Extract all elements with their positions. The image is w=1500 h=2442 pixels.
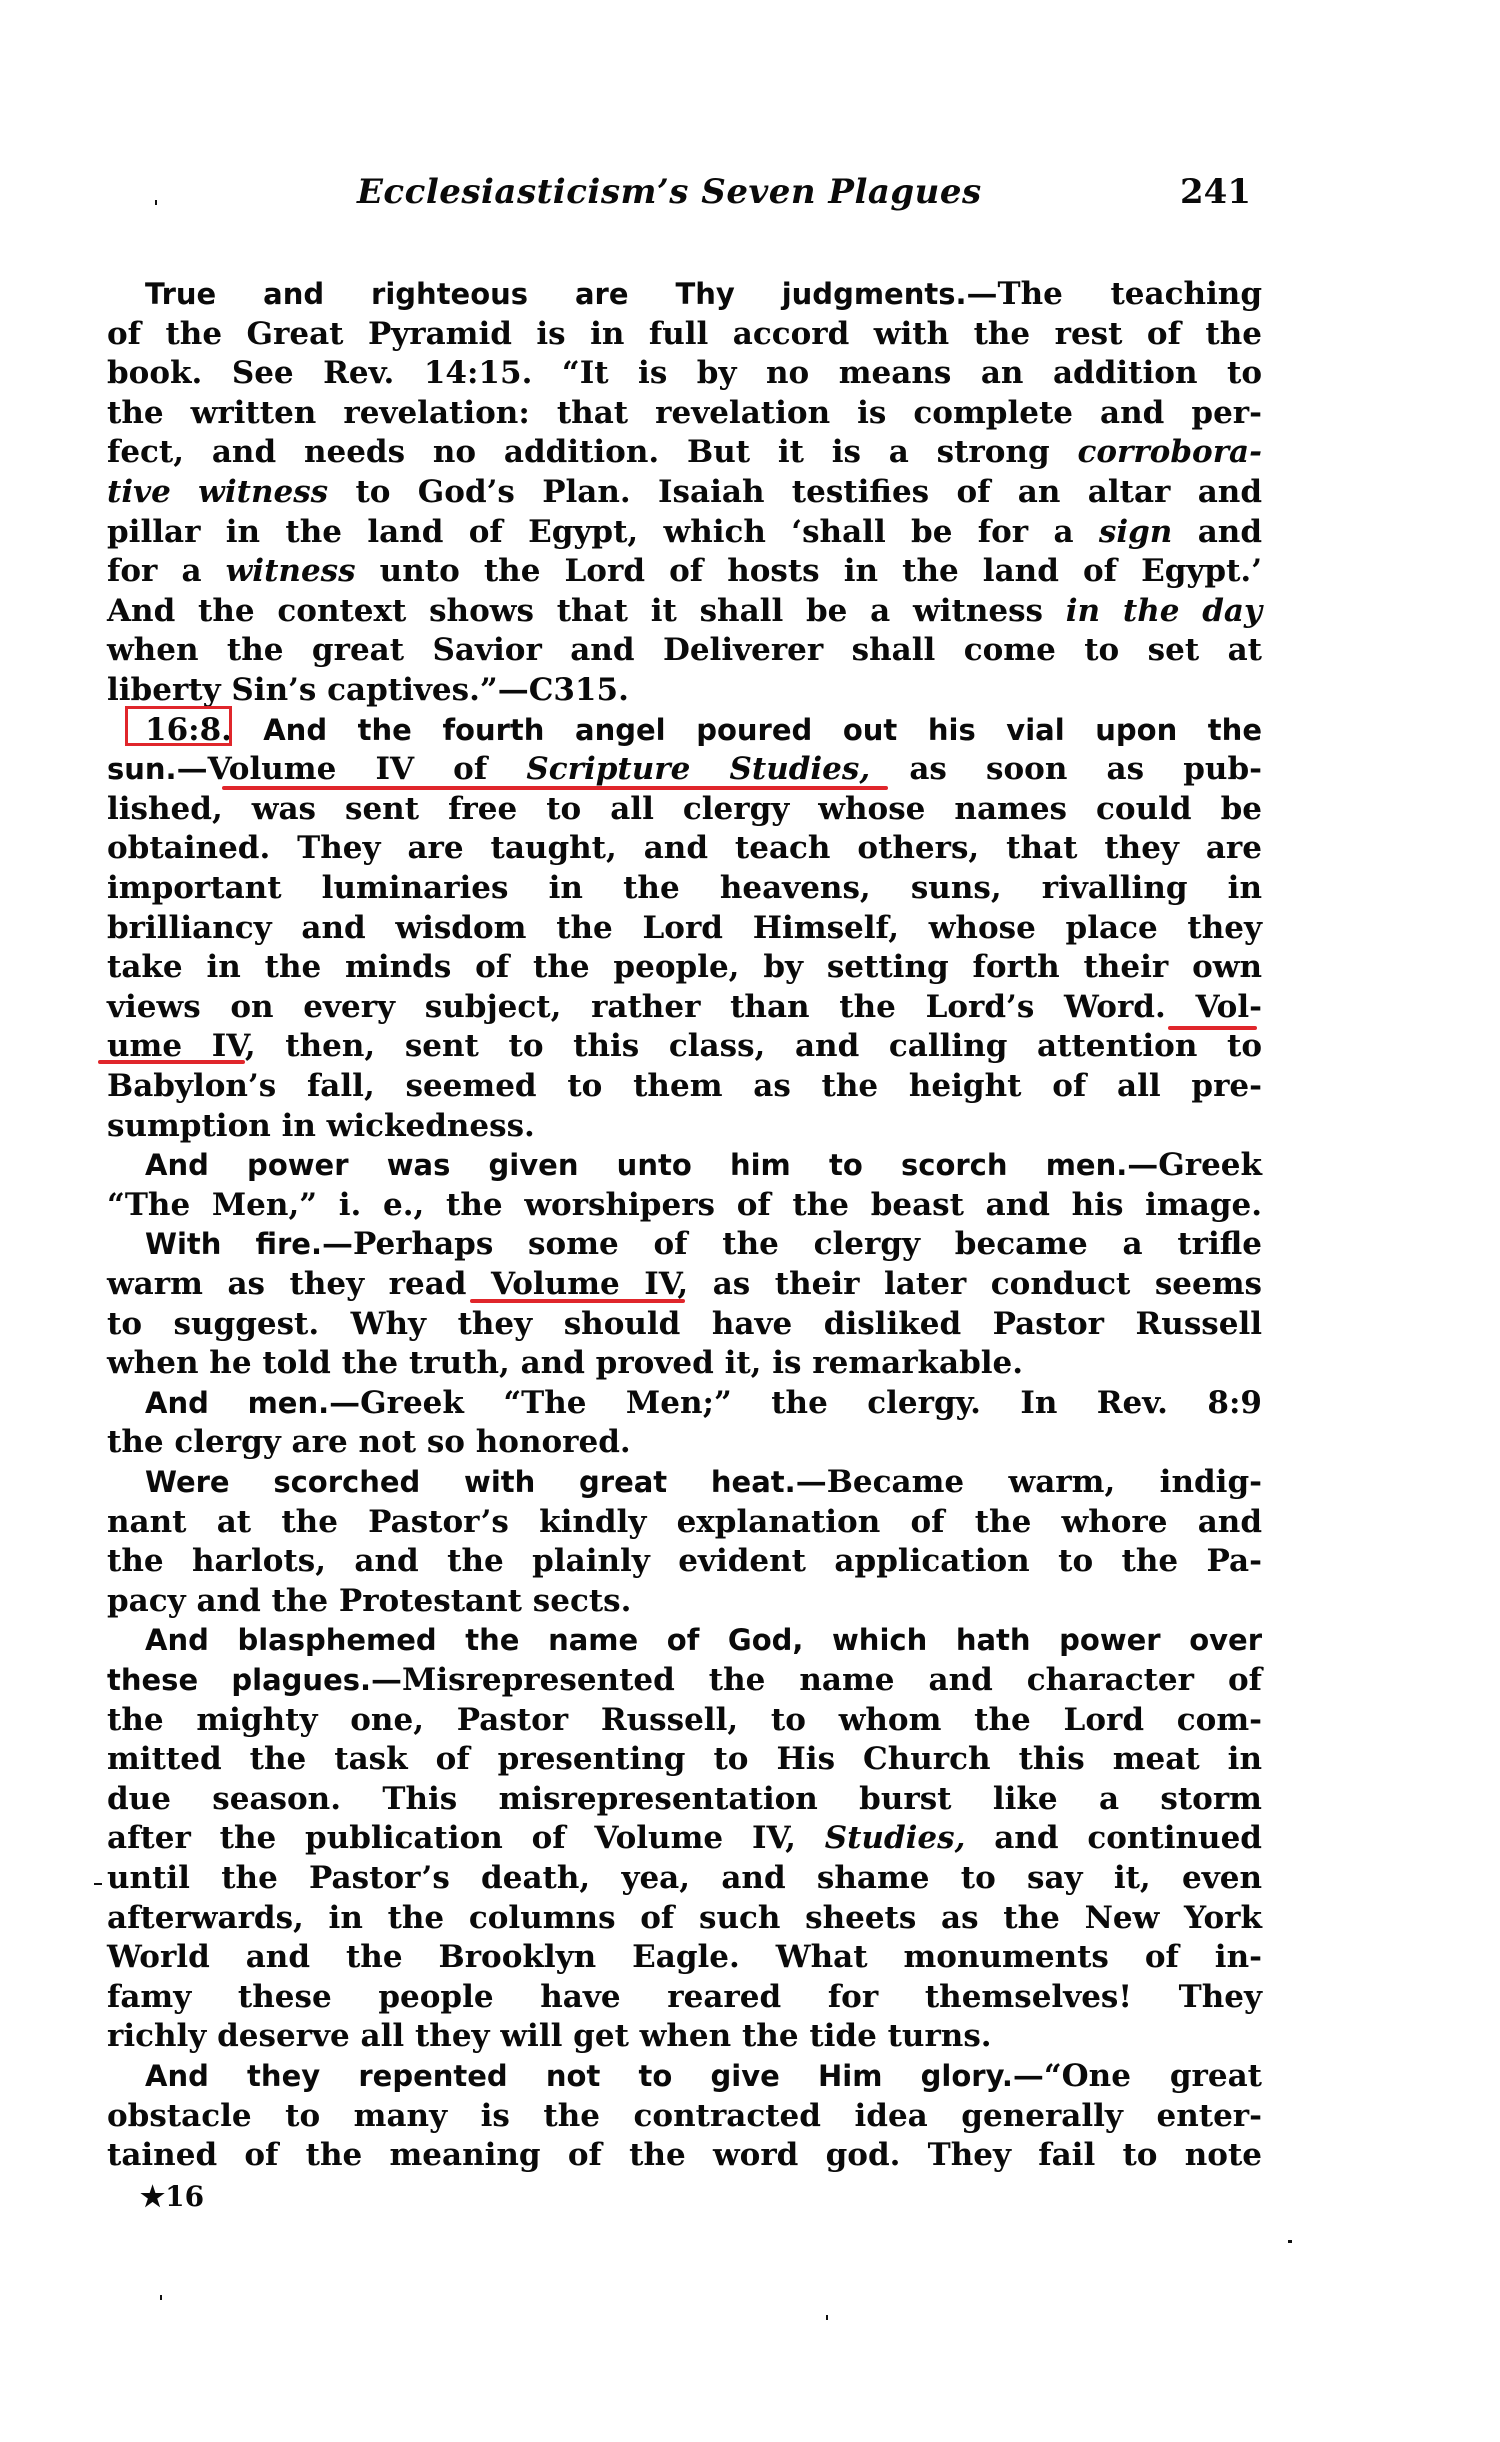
italic-text: witness — [226, 553, 356, 589]
text-line: sun.—Volume IV of Scripture Studies, as … — [107, 749, 1262, 789]
text-run: —Became warm, indig- — [796, 1464, 1262, 1500]
verse-lead-text: And the fourth angel poured out his vial… — [263, 713, 1262, 747]
text-run: as soon as pub- — [870, 751, 1262, 787]
text-run: of the Great Pyramid is in full accord w… — [107, 316, 1262, 352]
text-line: Were scorched with great heat.—Became wa… — [107, 1462, 1262, 1502]
text-run: when the great Savior and Deliverer shal… — [107, 632, 1262, 668]
text-run: the clergy are not so honored. — [107, 1424, 631, 1460]
text-run: for a — [107, 553, 226, 589]
text-run: —Misrepresented the name and character o… — [371, 1662, 1262, 1698]
signature-mark: ★16 — [140, 2180, 204, 2213]
text-run: book. See Rev. 14:15. “It is by no means… — [107, 355, 1262, 391]
text-line: obtained. They are taught, and teach oth… — [107, 828, 1262, 868]
text-line: Babylon’s fall, seemed to them as the he… — [107, 1066, 1262, 1106]
text-line: to suggest. Why they should have dislike… — [107, 1304, 1262, 1344]
text-run: ume IV, then, sent to this class, and ca… — [107, 1028, 1262, 1064]
italic-text: Studies, — [825, 1820, 966, 1856]
text-run: —Volume IV of — [177, 751, 527, 787]
text-line: mitted the task of presenting to His Chu… — [107, 1739, 1262, 1779]
text-run: to suggest. Why they should have dislike… — [107, 1306, 1262, 1342]
text-run: important luminaries in the heavens, sun… — [107, 870, 1262, 906]
text-run: due season. This misrepresentation burst… — [107, 1781, 1262, 1817]
scan-speck — [94, 1883, 102, 1885]
text-run: nant at the Pastor’s kindly explanation … — [107, 1504, 1262, 1540]
text-line: these plagues.—Misrepresented the name a… — [107, 1660, 1262, 1700]
text-run: famy these people have reared for themse… — [107, 1979, 1262, 2015]
text-run: “The Men,” i. e., the worshipers of the … — [107, 1187, 1262, 1223]
verse-lead-text: Were scorched with great heat. — [145, 1465, 796, 1499]
text-line: warm as they read Volume IV, as their la… — [107, 1264, 1262, 1304]
text-run: views on every subject, rather than the … — [107, 989, 1262, 1025]
text-run: when he told the truth, and proved it, i… — [107, 1345, 1023, 1381]
text-line: World and the Brooklyn Eagle. What monum… — [107, 1937, 1262, 1977]
text-line: book. See Rev. 14:15. “It is by no means… — [107, 353, 1262, 393]
text-line: tained of the meaning of the word god. T… — [107, 2135, 1262, 2175]
text-run: fect, and needs no addition. But it is a… — [107, 434, 1077, 470]
text-run: —Greek — [1127, 1147, 1262, 1183]
verse-lead-text: And they repented not to give Him glory. — [145, 2059, 1013, 2093]
text-line: due season. This misrepresentation burst… — [107, 1779, 1262, 1819]
text-line: obstacle to many is the contracted idea … — [107, 2096, 1262, 2136]
text-run: —Perhaps some of the clergy became a tri… — [322, 1226, 1262, 1262]
text-run: to God’s Plan. Isaiah testifies of an al… — [328, 474, 1262, 510]
italic-text: tive witness — [107, 474, 328, 510]
scan-speck — [826, 2315, 828, 2320]
text-line: brilliancy and wisdom the Lord Himself, … — [107, 908, 1262, 948]
text-run: until the Pastor’s death, yea, and shame… — [107, 1860, 1262, 1896]
text-line: tive witness to God’s Plan. Isaiah testi… — [107, 472, 1262, 512]
text-line: And blasphemed the name of God, which ha… — [107, 1620, 1262, 1660]
verse-lead-text: sun. — [107, 752, 177, 786]
text-line: And the context shows that it shall be a… — [107, 591, 1262, 631]
text-line: the written revelation: that revelation … — [107, 393, 1262, 433]
text-line: ume IV, then, sent to this class, and ca… — [107, 1026, 1262, 1066]
text-run: —Greek “The Men;” the clergy. In Rev. 8:… — [329, 1385, 1262, 1421]
text-run: after the publication of Volume IV, — [107, 1820, 825, 1856]
text-line: until the Pastor’s death, yea, and shame… — [107, 1858, 1262, 1898]
text-line: And they repented not to give Him glory.… — [107, 2056, 1262, 2096]
text-line: With fire.—Perhaps some of the clergy be… — [107, 1224, 1262, 1264]
text-line: when he told the truth, and proved it, i… — [107, 1343, 1262, 1383]
text-run: 16:8. — [145, 712, 263, 748]
text-run: tained of the meaning of the word god. T… — [107, 2137, 1262, 2173]
scan-speck — [1288, 2240, 1292, 2243]
text-line: And power was given unto him to scorch m… — [107, 1145, 1262, 1185]
book-page: Ecclesiasticism’s Seven Plagues 241 True… — [0, 0, 1500, 2442]
text-run: brilliancy and wisdom the Lord Himself, … — [107, 910, 1262, 946]
running-head-title: Ecclesiasticism’s Seven Plagues — [357, 172, 977, 212]
text-run: the harlots, and the plainly evident app… — [107, 1543, 1262, 1579]
text-run: richly deserve all they will get when th… — [107, 2018, 992, 2054]
text-line: take in the minds of the people, by sett… — [107, 947, 1262, 987]
text-line: views on every subject, rather than the … — [107, 987, 1262, 1027]
italic-text: Scripture Studies, — [526, 751, 870, 787]
text-run: take in the minds of the people, by sett… — [107, 949, 1262, 985]
text-line: afterwards, in the columns of such sheet… — [107, 1898, 1262, 1938]
verse-lead-text: True and righteous are Thy judgments. — [145, 277, 967, 311]
text-run: the mighty one, Pastor Russell, to whom … — [107, 1702, 1262, 1738]
text-line: sumption in wickedness. — [107, 1106, 1262, 1146]
text-run: mitted the task of presenting to His Chu… — [107, 1741, 1262, 1777]
text-line: pacy and the Protestant sects. — [107, 1581, 1262, 1621]
text-run: unto the Lord of hosts in the land of Eg… — [356, 553, 1262, 589]
text-line: 16:8. And the fourth angel poured out hi… — [107, 710, 1262, 750]
text-line: when the great Savior and Deliverer shal… — [107, 630, 1262, 670]
text-run: —The teaching — [967, 276, 1263, 312]
text-run: the written revelation: that revelation … — [107, 395, 1262, 431]
text-run: obtained. They are taught, and teach oth… — [107, 830, 1262, 866]
text-line: the mighty one, Pastor Russell, to whom … — [107, 1700, 1262, 1740]
text-run: pillar in the land of Egypt, which ‘shal… — [107, 514, 1099, 550]
text-line: important luminaries in the heavens, sun… — [107, 868, 1262, 908]
verse-lead-text: With fire. — [145, 1227, 322, 1261]
verse-lead-text: And power was given unto him to scorch m… — [145, 1148, 1127, 1182]
text-line: nant at the Pastor’s kindly explanation … — [107, 1502, 1262, 1542]
text-line: liberty Sin’s captives.”—C315. — [107, 670, 1262, 710]
italic-text: corrobora- — [1077, 434, 1262, 470]
text-line: fect, and needs no addition. But it is a… — [107, 432, 1262, 472]
scan-speck — [160, 2295, 162, 2300]
italic-text: sign — [1099, 514, 1172, 550]
text-run: —“One great — [1013, 2058, 1262, 2094]
text-run: World and the Brooklyn Eagle. What monum… — [107, 1939, 1262, 1975]
text-line: lished, was sent free to all clergy whos… — [107, 789, 1262, 829]
text-line: for a witness unto the Lord of hosts in … — [107, 551, 1262, 591]
text-line: pillar in the land of Egypt, which ‘shal… — [107, 512, 1262, 552]
text-line: the harlots, and the plainly evident app… — [107, 1541, 1262, 1581]
verse-lead-text: And blasphemed the name of God, which ha… — [145, 1623, 1262, 1657]
verse-lead-text: these plagues. — [107, 1663, 371, 1697]
text-run: warm as they read Volume IV, as their la… — [107, 1266, 1262, 1302]
verse-lead-text: And men. — [145, 1386, 329, 1420]
text-run: sumption in wickedness. — [107, 1108, 535, 1144]
text-run: afterwards, in the columns of such sheet… — [107, 1900, 1262, 1936]
text-run: liberty Sin’s captives.”—C315. — [107, 672, 629, 708]
text-line: richly deserve all they will get when th… — [107, 2016, 1262, 2056]
scan-speck — [155, 200, 157, 205]
text-run: and — [1172, 514, 1262, 550]
text-line: after the publication of Volume IV, Stud… — [107, 1818, 1262, 1858]
text-line: “The Men,” i. e., the worshipers of the … — [107, 1185, 1262, 1225]
text-run: obstacle to many is the contracted idea … — [107, 2098, 1262, 2134]
text-run: pacy and the Protestant sects. — [107, 1583, 631, 1619]
text-run: And the context shows that it shall be a… — [107, 593, 1066, 629]
text-line: famy these people have reared for themse… — [107, 1977, 1262, 2017]
page-number: 241 — [1180, 172, 1250, 212]
text-run: and continued — [965, 1820, 1262, 1856]
italic-text: in the day — [1066, 593, 1262, 629]
text-line: True and righteous are Thy judgments.—Th… — [107, 274, 1262, 314]
text-line: the clergy are not so honored. — [107, 1422, 1262, 1462]
text-run: lished, was sent free to all clergy whos… — [107, 791, 1262, 827]
text-run: Babylon’s fall, seemed to them as the he… — [107, 1068, 1262, 1104]
text-line: of the Great Pyramid is in full accord w… — [107, 314, 1262, 354]
text-line: And men.—Greek “The Men;” the clergy. In… — [107, 1383, 1262, 1423]
